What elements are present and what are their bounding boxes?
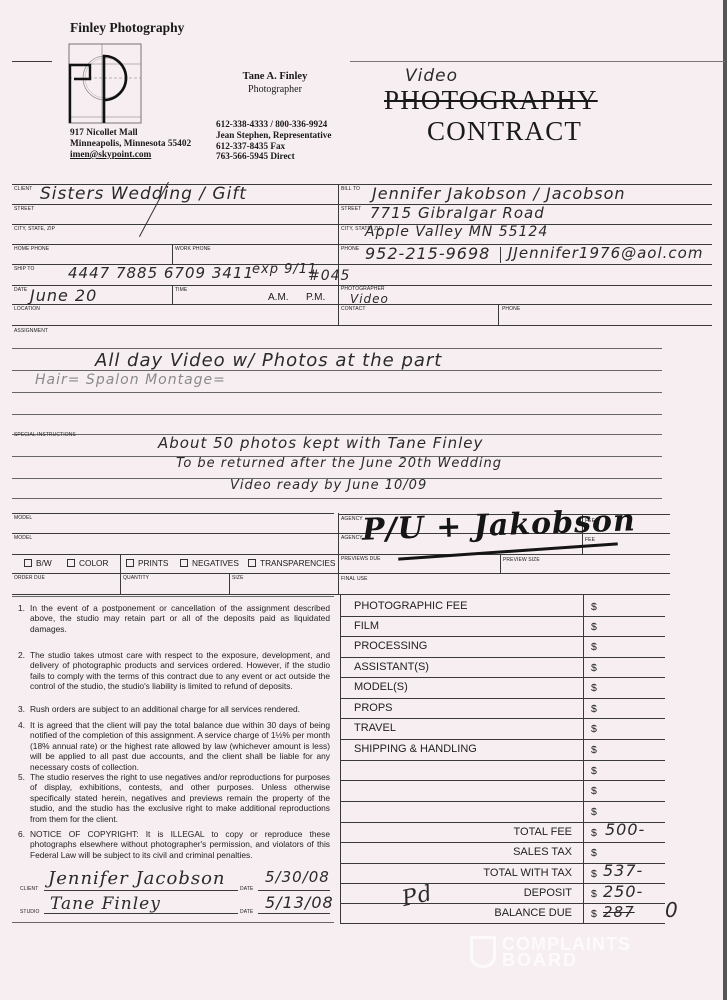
address-line1: 917 Nicollet Mall bbox=[70, 128, 191, 139]
dollar-sign: $ bbox=[591, 641, 597, 653]
client-date-line bbox=[258, 890, 330, 891]
term-number: 4. bbox=[18, 720, 30, 730]
fee-row-rule bbox=[340, 760, 665, 761]
term-4: 4.It is agreed that the client will pay … bbox=[18, 720, 330, 772]
checkbox-box[interactable] bbox=[180, 559, 188, 567]
fee-row-rule bbox=[340, 923, 665, 924]
contact-block: 612-338-4333 / 800-336-9924 Jean Stephen… bbox=[216, 119, 331, 162]
divider bbox=[12, 922, 334, 923]
label-client: CLIENT bbox=[14, 186, 32, 192]
column-divider bbox=[338, 184, 339, 325]
fee-film: FILM bbox=[354, 620, 379, 632]
label-studio-signature: STUDIO bbox=[20, 909, 40, 915]
label-studio-date: DATE bbox=[240, 909, 253, 915]
grid-rule bbox=[12, 325, 712, 326]
studio-email[interactable]: imen@skypoint.com bbox=[70, 150, 191, 161]
column-divider bbox=[120, 554, 121, 594]
total-with-tax-value[interactable]: 537- bbox=[603, 861, 643, 880]
pickup-signature: P/U + Jakobson bbox=[361, 503, 636, 548]
dollar-sign: $ bbox=[591, 888, 597, 900]
fee-processing: PROCESSING bbox=[354, 640, 427, 652]
term-number: 1. bbox=[18, 603, 30, 613]
bill-to-value[interactable]: Jennifer Jakobson / Jacobson bbox=[372, 184, 626, 203]
studio-signature[interactable]: Tane Finley bbox=[50, 894, 161, 914]
dollar-sign: $ bbox=[591, 765, 597, 777]
total-fee-value[interactable]: 500- bbox=[605, 820, 645, 839]
dollar-sign: $ bbox=[591, 908, 597, 920]
ruled-line bbox=[12, 498, 662, 499]
column-divider bbox=[498, 304, 499, 325]
watermark-line2: BOARD bbox=[502, 952, 631, 968]
label-special-instructions: SPECIAL INSTRUCTIONS bbox=[14, 432, 76, 438]
fee-shipping: SHIPPING & HANDLING bbox=[354, 743, 477, 755]
fees-amount-divider bbox=[583, 594, 584, 924]
checkbox-prints[interactable]: PRINTS bbox=[126, 558, 168, 568]
term-text: The studio takes utmost care with respec… bbox=[30, 650, 330, 691]
deposit-value[interactable]: 250- bbox=[603, 882, 643, 901]
dollar-sign: $ bbox=[591, 662, 597, 674]
fee-assistants: ASSISTANT(S) bbox=[354, 661, 429, 673]
column-divider bbox=[229, 573, 230, 594]
term-number: 2. bbox=[18, 650, 30, 660]
grid-rule bbox=[12, 554, 670, 555]
fee-row-rule bbox=[340, 780, 665, 781]
ruled-line bbox=[12, 348, 662, 349]
checkbox-negatives[interactable]: NEGATIVES bbox=[180, 558, 239, 568]
title-correction-handwritten: Video bbox=[405, 66, 458, 86]
contract-title-line2: CONTRACT bbox=[427, 117, 582, 145]
label-location: LOCATION bbox=[14, 306, 40, 312]
column-divider bbox=[500, 554, 501, 573]
term-number: 5. bbox=[18, 772, 30, 782]
dollar-sign: $ bbox=[591, 723, 597, 735]
photographer-title: Photographer bbox=[212, 83, 338, 96]
total-fee-label: TOTAL FEE bbox=[340, 826, 572, 838]
ship-to-card-number[interactable]: 4447 7885 6709 3411 bbox=[68, 264, 254, 282]
label-contact: CONTACT bbox=[341, 306, 366, 312]
term-text: It is agreed that the client will pay th… bbox=[30, 720, 330, 772]
fee-row-rule bbox=[340, 636, 665, 637]
checkbox-bw[interactable]: B/W bbox=[24, 558, 52, 568]
label-client-date: DATE bbox=[240, 886, 253, 892]
divider bbox=[350, 61, 725, 62]
label-agency-1: AGENCY bbox=[341, 516, 363, 522]
term-text: Rush orders are subject to an additional… bbox=[30, 704, 300, 714]
dollar-sign: $ bbox=[591, 621, 597, 633]
divider bbox=[12, 61, 52, 62]
ruled-line bbox=[12, 392, 662, 393]
dollar-sign: $ bbox=[591, 703, 597, 715]
special-line1[interactable]: About 50 photos kept with Tane Finley bbox=[158, 434, 483, 452]
grid-rule bbox=[12, 224, 712, 225]
balance-due-value-struck[interactable]: 287 bbox=[603, 903, 635, 921]
bill-phone-value[interactable]: 952-215-9698 bbox=[365, 244, 490, 263]
label-model-2: MODEL bbox=[14, 535, 32, 541]
address-line2: Minneapolis, Minnesota 55402 bbox=[70, 139, 191, 150]
photographer-value[interactable]: Video bbox=[350, 292, 389, 306]
checkbox-label: PRINTS bbox=[138, 558, 168, 568]
fee-travel: TRAVEL bbox=[354, 722, 396, 734]
fee-models: MODEL(S) bbox=[354, 681, 408, 693]
fee-props: PROPS bbox=[354, 702, 393, 714]
title-photography: PHOTOGRAPHY bbox=[384, 85, 598, 115]
label-bill-to: BILL TO bbox=[341, 186, 360, 192]
term-number: 6. bbox=[18, 829, 30, 839]
fee-row-rule bbox=[340, 842, 665, 843]
label-client-signature: CLIENT bbox=[20, 886, 38, 892]
label-ship-to: SHIP TO bbox=[14, 266, 34, 272]
label-model-1: MODEL bbox=[14, 515, 32, 521]
watermark: COMPLAINTS BOARD bbox=[470, 936, 631, 968]
fee-row-rule bbox=[340, 801, 665, 802]
client-signature[interactable]: Jennifer Jacobson bbox=[48, 868, 226, 889]
label-size: SIZE bbox=[232, 575, 244, 581]
label-previews-due: PREVIEWS DUE bbox=[341, 556, 381, 562]
bill-street-value[interactable]: 7715 Gibralgar Road bbox=[370, 204, 545, 222]
label-bill-phone: PHONE bbox=[341, 246, 359, 252]
grid-rule bbox=[12, 204, 712, 205]
checkbox-label: B/W bbox=[36, 558, 52, 568]
dollar-sign: $ bbox=[591, 847, 597, 859]
divider bbox=[12, 596, 334, 597]
label-contact-phone: PHONE bbox=[502, 306, 520, 312]
studio-date-line bbox=[258, 913, 330, 914]
term-5: 5.The studio reserves the right to use n… bbox=[18, 772, 330, 824]
checkbox-box[interactable] bbox=[24, 559, 32, 567]
assignment-line1[interactable]: All day Video w/ Photos at the part bbox=[95, 350, 442, 371]
dollar-sign: $ bbox=[591, 601, 597, 613]
label-preview-size: PREVIEW SIZE bbox=[503, 557, 540, 563]
grid-rule bbox=[12, 594, 670, 595]
label-date: DATE bbox=[14, 287, 27, 293]
label-quantity: QUANTITY bbox=[123, 575, 149, 581]
term-number: 3. bbox=[18, 704, 30, 714]
term-text: In the event of a postponement or cancel… bbox=[30, 603, 330, 634]
fp-logo bbox=[68, 43, 142, 124]
company-name: Finley Photography bbox=[70, 20, 184, 36]
checkbox-color[interactable]: COLOR bbox=[67, 558, 109, 568]
ruled-line bbox=[12, 414, 662, 415]
total-with-tax-label: TOTAL WITH TAX bbox=[340, 867, 572, 879]
label-street: STREET bbox=[14, 206, 34, 212]
fee-row-rule bbox=[340, 739, 665, 740]
label-home-phone: HOME PHONE bbox=[14, 246, 49, 252]
label-assignment: ASSIGNMENT bbox=[14, 328, 48, 334]
checkbox-label: NEGATIVES bbox=[192, 558, 239, 568]
direct-phone: 763-566-5945 Direct bbox=[216, 151, 331, 162]
term-text: NOTICE OF COPYRIGHT: It is ILLEGAL to co… bbox=[30, 829, 330, 860]
label-agency-2: AGENCY bbox=[341, 535, 363, 541]
fee-row-rule bbox=[340, 657, 665, 658]
term-3: 3.Rush orders are subject to an addition… bbox=[18, 704, 330, 714]
checkbox-box[interactable] bbox=[126, 559, 134, 567]
sales-tax-label: SALES TAX bbox=[340, 846, 572, 858]
dollar-sign: $ bbox=[591, 806, 597, 818]
term-6: 6.NOTICE OF COPYRIGHT: It is ILLEGAL to … bbox=[18, 829, 330, 860]
bill-city-value[interactable]: Apple Valley MN 55124 bbox=[365, 224, 548, 240]
label-pm[interactable]: P.M. bbox=[306, 292, 325, 303]
label-am[interactable]: A.M. bbox=[268, 292, 289, 303]
grid-rule bbox=[12, 513, 334, 514]
deposit-label: DEPOSIT bbox=[340, 887, 572, 899]
label-city-state-zip: CITY, STATE, ZIP bbox=[14, 226, 55, 232]
checkbox-box[interactable] bbox=[67, 559, 75, 567]
studio-signature-date[interactable]: 5/13/08 bbox=[265, 893, 334, 912]
term-1: 1.In the event of a postponement or canc… bbox=[18, 603, 330, 634]
special-line3[interactable]: Video ready by June 10/09 bbox=[230, 478, 427, 493]
balance-due-label: BALANCE DUE bbox=[340, 907, 572, 919]
special-line2[interactable]: To be returned after the June 20th Weddi… bbox=[176, 456, 502, 471]
column-divider bbox=[172, 285, 173, 305]
bill-email-value[interactable]: JJennifer1976@aol.com bbox=[508, 244, 703, 262]
label-time: TIME bbox=[175, 287, 187, 293]
balance-due-correction[interactable]: 0 bbox=[665, 898, 679, 922]
scan-edge bbox=[723, 0, 727, 1000]
fee-row-rule bbox=[340, 616, 665, 617]
fee-row-rule bbox=[340, 718, 665, 719]
fax: 612-337-8435 Fax bbox=[216, 141, 331, 152]
dollar-sign: $ bbox=[591, 785, 597, 797]
dollar-sign: $ bbox=[591, 682, 597, 694]
fee-row-rule bbox=[340, 677, 665, 678]
label-final-use: FINAL USE bbox=[341, 576, 368, 582]
dollar-sign: $ bbox=[591, 827, 597, 839]
client-signature-date[interactable]: 5/30/08 bbox=[265, 868, 330, 886]
checkbox-box[interactable] bbox=[248, 559, 256, 567]
label-bill-street: STREET bbox=[341, 206, 361, 212]
photographer-block: Tane A. Finley Photographer bbox=[212, 70, 338, 96]
phone-main: 612-338-4333 / 800-336-9924 bbox=[216, 119, 331, 130]
checkbox-label: COLOR bbox=[79, 558, 109, 568]
label-work-phone: WORK PHONE bbox=[175, 246, 211, 252]
shield-icon bbox=[470, 936, 496, 968]
date-value[interactable]: June 20 bbox=[30, 286, 97, 305]
representative: Jean Stephen, Representative bbox=[216, 130, 331, 141]
column-divider bbox=[338, 513, 339, 594]
term-text: The studio reserves the right to use neg… bbox=[30, 772, 330, 824]
client-value[interactable]: Sisters Wedding / Gift bbox=[40, 184, 247, 204]
handwritten-separator bbox=[500, 247, 501, 263]
dollar-sign: $ bbox=[591, 744, 597, 756]
fee-row-rule bbox=[340, 698, 665, 699]
dollar-sign: $ bbox=[591, 868, 597, 880]
client-signature-line bbox=[44, 890, 238, 891]
label-order-due: ORDER DUE bbox=[14, 575, 45, 581]
ship-to-code[interactable]: #045 bbox=[308, 268, 350, 284]
grid-rule bbox=[12, 573, 670, 574]
assignment-line2[interactable]: Hair= Spalon Montage= bbox=[35, 372, 226, 388]
fee-photographic: PHOTOGRAPHIC FEE bbox=[354, 600, 467, 612]
photographer-name: Tane A. Finley bbox=[212, 70, 338, 83]
contract-title-line1: PHOTOGRAPHY bbox=[384, 86, 598, 114]
checkbox-transparencies[interactable]: TRANSPARENCIES bbox=[248, 558, 335, 568]
checkbox-label: TRANSPARENCIES bbox=[260, 558, 335, 568]
studio-address: 917 Nicollet Mall Minneapolis, Minnesota… bbox=[70, 128, 191, 161]
column-divider bbox=[172, 244, 173, 264]
term-2: 2.The studio takes utmost care with resp… bbox=[18, 650, 330, 692]
